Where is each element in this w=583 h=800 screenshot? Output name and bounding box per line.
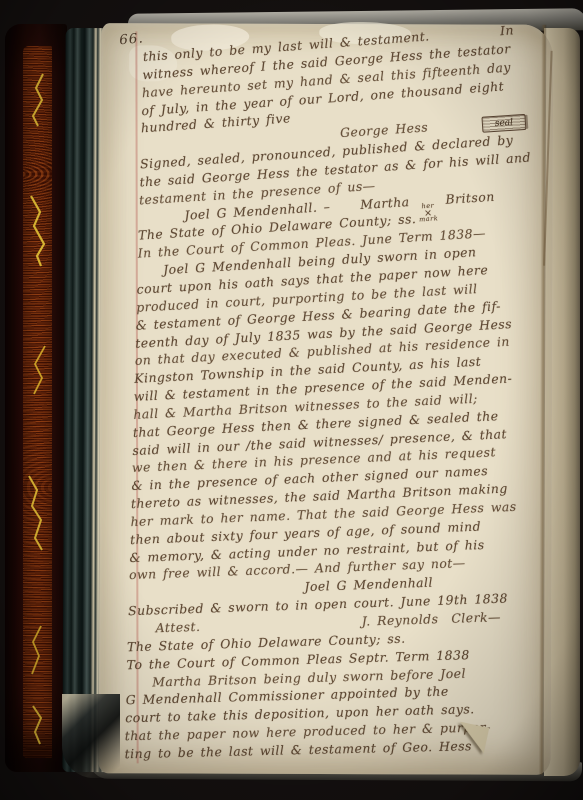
handwritten-text: J. Reynolds Clerk— (361, 609, 501, 628)
seal-mark: seal (481, 114, 526, 133)
marble-veins (23, 46, 52, 758)
seal-label: seal (495, 118, 514, 129)
marbled-cover-paper (23, 46, 52, 758)
handwritten-text: Attest. (155, 619, 200, 635)
book-photo: 66. this only to be my last will & testa… (0, 0, 583, 800)
page-number: 66. (119, 30, 145, 48)
handwriting-block: this only to be my last will & testament… (125, 50, 529, 765)
handwritten-text: Joel G Mendenhall (304, 575, 433, 594)
page-crease (539, 25, 547, 775)
curled-page-corner (62, 694, 120, 778)
document-page: 66. this only to be my last will & testa… (99, 23, 554, 775)
handwritten-text: In (500, 22, 515, 38)
